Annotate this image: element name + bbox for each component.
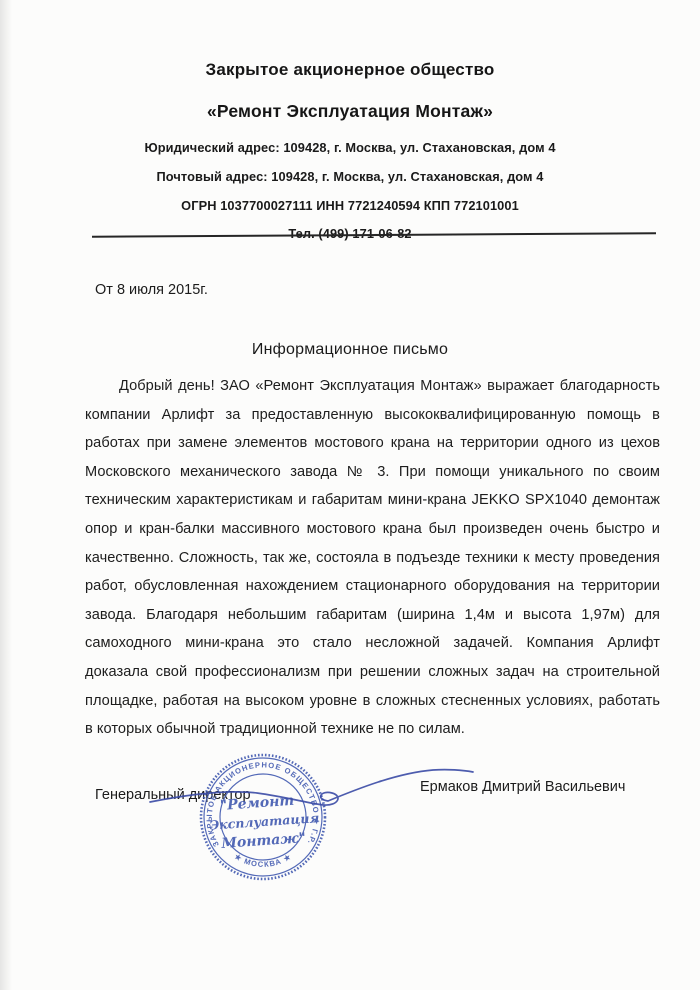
stamp-center-line3: Монтаж" xyxy=(220,830,306,852)
letter-date: От 8 июля 2015г. xyxy=(95,282,208,298)
registration-line: ОГРН 1037700027111 ИНН 7721240594 КПП 77… xyxy=(0,198,700,213)
letter-title: Информационное письмо xyxy=(0,341,700,359)
handwritten-signature xyxy=(145,748,480,833)
org-type-heading: Закрытое акционерное общество xyxy=(0,60,700,80)
legal-address-line: Юридический адрес: 109428, г. Москва, ул… xyxy=(0,140,700,155)
postal-address-line: Почтовый адрес: 109428, г. Москва, ул. С… xyxy=(0,169,700,184)
org-name-heading: «Ремонт Эксплуатация Монтаж» xyxy=(0,101,700,122)
letter-body-paragraph: Добрый день! ЗАО «Ремонт Эксплуатация Мо… xyxy=(85,372,660,744)
scanned-letter-page: Закрытое акционерное общество «Ремонт Эк… xyxy=(0,0,700,990)
